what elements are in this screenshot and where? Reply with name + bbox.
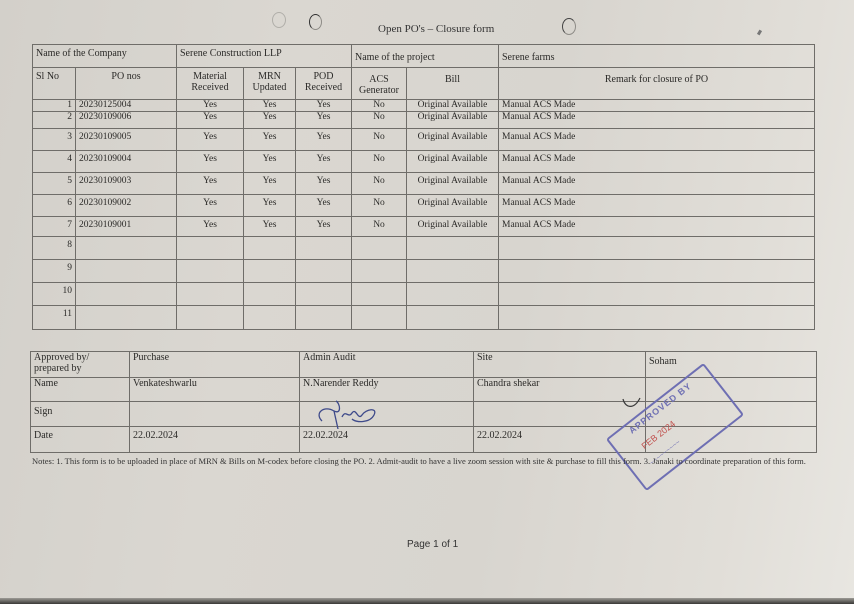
material-received-cell: Yes [177,129,244,151]
po-number-cell: 20230109001 [76,217,177,237]
mrn-updated-cell: Yes [244,195,296,217]
mrn-updated-cell: Yes [244,173,296,195]
name-label: Name [31,378,130,402]
sign-cell [474,402,646,427]
bill-cell: Original Available [407,129,499,151]
material-received-cell: Yes [177,217,244,237]
remark-cell: Manual ACS Made [499,217,815,237]
company-value: Serene Construction LLP [177,45,352,68]
party-name: Venkateshwarlu [130,378,300,402]
remark-cell [499,306,815,330]
sl-no-cell: 8 [33,237,76,260]
material-received-cell [177,260,244,283]
col-pod-received: PODReceived [296,68,352,100]
pod-received-cell: Yes [296,151,352,173]
sign-cell [646,402,817,427]
material-received-cell: Yes [177,112,244,129]
mrn-updated-cell: Yes [244,112,296,129]
po-number-cell: 20230109005 [76,129,177,151]
mrn-updated-cell: Yes [244,151,296,173]
po-number-cell [76,283,177,306]
table-row: 220230109006YesYesYesNoOriginal Availabl… [33,112,815,129]
party-name: Chandra shekar [474,378,646,402]
po-number-cell: 20230109002 [76,195,177,217]
bill-cell [407,237,499,260]
po-rows: 120230125004YesYesYesNoOriginal Availabl… [33,100,815,330]
acs-generator-cell [352,237,407,260]
table-row: 120230125004YesYesYesNoOriginal Availabl… [33,100,815,112]
table-row: 10 [33,283,815,306]
column-header-row: Sl No PO nos MaterialReceived MRNUpdated… [33,68,815,100]
po-number-cell: 20230109003 [76,173,177,195]
date-label: Date [31,427,130,453]
party-name: N.Narender Reddy [300,378,474,402]
sign-row: Sign [31,402,817,427]
paper-speck [757,30,762,36]
pod-received-cell: Yes [296,217,352,237]
bill-cell [407,306,499,330]
po-number-cell: 20230109006 [76,112,177,129]
acs-generator-cell: No [352,112,407,129]
material-received-cell [177,283,244,306]
sign-cell [130,402,300,427]
table-row: 8 [33,237,815,260]
date-row: Date 22.02.2024 22.02.2024 22.02.2024 [31,427,817,453]
col-mrn-updated: MRNUpdated [244,68,296,100]
acs-generator-cell [352,283,407,306]
acs-generator-cell: No [352,129,407,151]
po-closure-table: Name of the Company Serene Construction … [32,44,815,330]
acs-generator-cell [352,306,407,330]
material-received-cell: Yes [177,100,244,112]
party-role: Purchase [130,352,300,378]
punch-hole [562,18,576,35]
punch-hole [272,12,286,28]
remark-cell: Manual ACS Made [499,195,815,217]
material-received-cell: Yes [177,151,244,173]
pod-received-cell: Yes [296,129,352,151]
acs-generator-cell: No [352,217,407,237]
party-name [646,378,817,402]
approval-table: Approved by/ prepared by Purchase Admin … [30,351,817,453]
sl-no-cell: 11 [33,306,76,330]
acs-generator-cell: No [352,173,407,195]
pod-received-cell: Yes [296,100,352,112]
sl-no-cell: 3 [33,129,76,151]
sl-no-cell: 1 [33,100,76,112]
col-remark: Remark for closure of PO [499,68,815,100]
remark-cell: Manual ACS Made [499,100,815,112]
mrn-updated-cell [244,260,296,283]
sl-no-cell: 6 [33,195,76,217]
bill-cell: Original Available [407,112,499,129]
remark-cell: Manual ACS Made [499,112,815,129]
material-received-cell [177,237,244,260]
page-number: Page 1 of 1 [407,539,458,550]
bill-cell: Original Available [407,195,499,217]
party-role: Soham [646,352,817,378]
col-po-nos: PO nos [76,68,177,100]
pod-received-cell [296,306,352,330]
po-number-cell: 20230109004 [76,151,177,173]
sign-label: Sign [31,402,130,427]
sl-no-cell: 7 [33,217,76,237]
bill-cell [407,260,499,283]
material-received-cell [177,306,244,330]
pod-received-cell: Yes [296,173,352,195]
signature-narender-reddy [312,399,380,429]
col-acs-generator: ACSGenerator [352,68,407,100]
mrn-updated-cell [244,283,296,306]
mrn-updated-cell [244,306,296,330]
approved-by-row: Approved by/ prepared by Purchase Admin … [31,352,817,378]
po-number-cell [76,260,177,283]
sl-no-cell: 9 [33,260,76,283]
acs-generator-cell [352,260,407,283]
po-number-cell [76,237,177,260]
acs-generator-cell: No [352,100,407,112]
pod-received-cell [296,237,352,260]
mrn-updated-cell: Yes [244,129,296,151]
company-row: Name of the Company Serene Construction … [33,45,815,68]
sl-no-cell: 2 [33,112,76,129]
table-row: 9 [33,260,815,283]
form-title: Open PO's – Closure form [378,23,494,35]
remark-cell: Manual ACS Made [499,151,815,173]
company-label: Name of the Company [33,45,177,68]
remark-cell [499,260,815,283]
page-edge-shadow [0,598,854,604]
bill-cell: Original Available [407,151,499,173]
table-row: 520230109003YesYesYesNoOriginal Availabl… [33,173,815,195]
pod-received-cell [296,260,352,283]
table-row: 420230109004YesYesYesNoOriginal Availabl… [33,151,815,173]
col-material-received: MaterialReceived [177,68,244,100]
sl-no-cell: 4 [33,151,76,173]
material-received-cell: Yes [177,173,244,195]
acs-generator-cell: No [352,195,407,217]
approved-by-label: Approved by/ prepared by [31,352,130,378]
party-role: Site [474,352,646,378]
notes-text: Notes: 1. This form is to be uploaded in… [32,456,822,466]
mrn-updated-cell [244,237,296,260]
acs-generator-cell: No [352,151,407,173]
bill-cell [407,283,499,306]
material-received-cell: Yes [177,195,244,217]
remark-cell [499,237,815,260]
po-number-cell [76,306,177,330]
party-role: Admin Audit [300,352,474,378]
pod-received-cell: Yes [296,112,352,129]
table-row: 720230109001YesYesYesNoOriginal Availabl… [33,217,815,237]
table-row: 320230109005YesYesYesNoOriginal Availabl… [33,129,815,151]
party-date: 22.02.2024 [474,427,646,453]
sl-no-cell: 5 [33,173,76,195]
punch-hole [309,14,322,30]
remark-cell: Manual ACS Made [499,173,815,195]
table-row: 11 [33,306,815,330]
party-date: 22.02.2024 [300,427,474,453]
party-date [646,427,817,453]
col-sl-no: Sl No [33,68,76,100]
bill-cell: Original Available [407,217,499,237]
bill-cell: Original Available [407,173,499,195]
party-date: 22.02.2024 [130,427,300,453]
mrn-updated-cell: Yes [244,217,296,237]
table-row: 620230109002YesYesYesNoOriginal Availabl… [33,195,815,217]
col-bill: Bill [407,68,499,100]
sl-no-cell: 10 [33,283,76,306]
project-label: Name of the project [352,45,499,68]
mrn-updated-cell: Yes [244,100,296,112]
signature-chandra-shekar [622,396,642,410]
name-row: Name Venkateshwarlu N.Narender Reddy Cha… [31,378,817,402]
bill-cell: Original Available [407,100,499,112]
pod-received-cell [296,283,352,306]
pod-received-cell: Yes [296,195,352,217]
remark-cell: Manual ACS Made [499,129,815,151]
remark-cell [499,283,815,306]
po-number-cell: 20230125004 [76,100,177,112]
project-value: Serene farms [499,45,815,68]
